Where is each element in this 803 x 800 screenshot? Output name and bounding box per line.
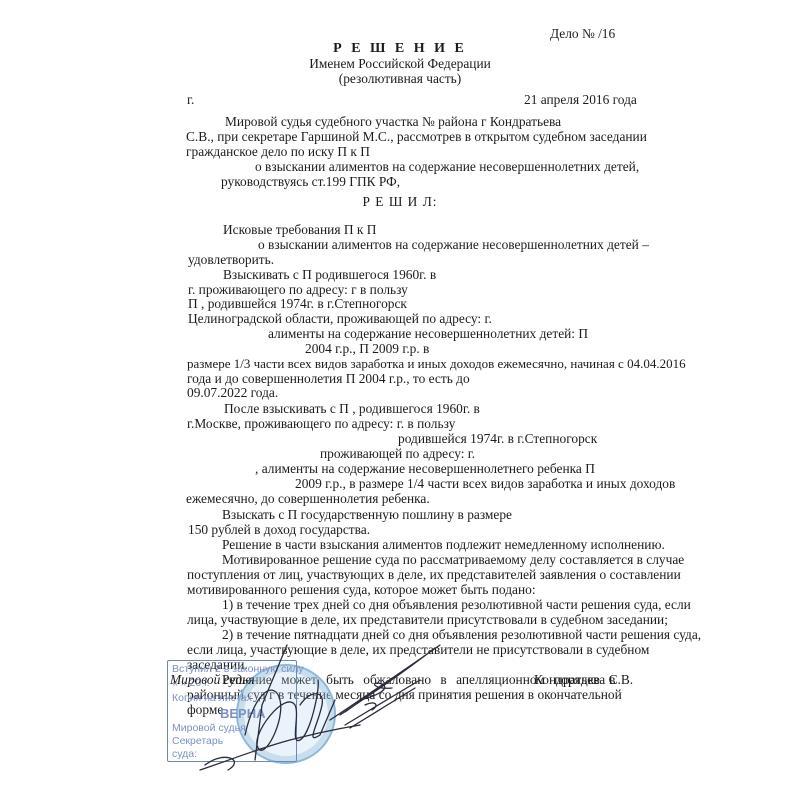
handwritten-signature (0, 0, 803, 800)
